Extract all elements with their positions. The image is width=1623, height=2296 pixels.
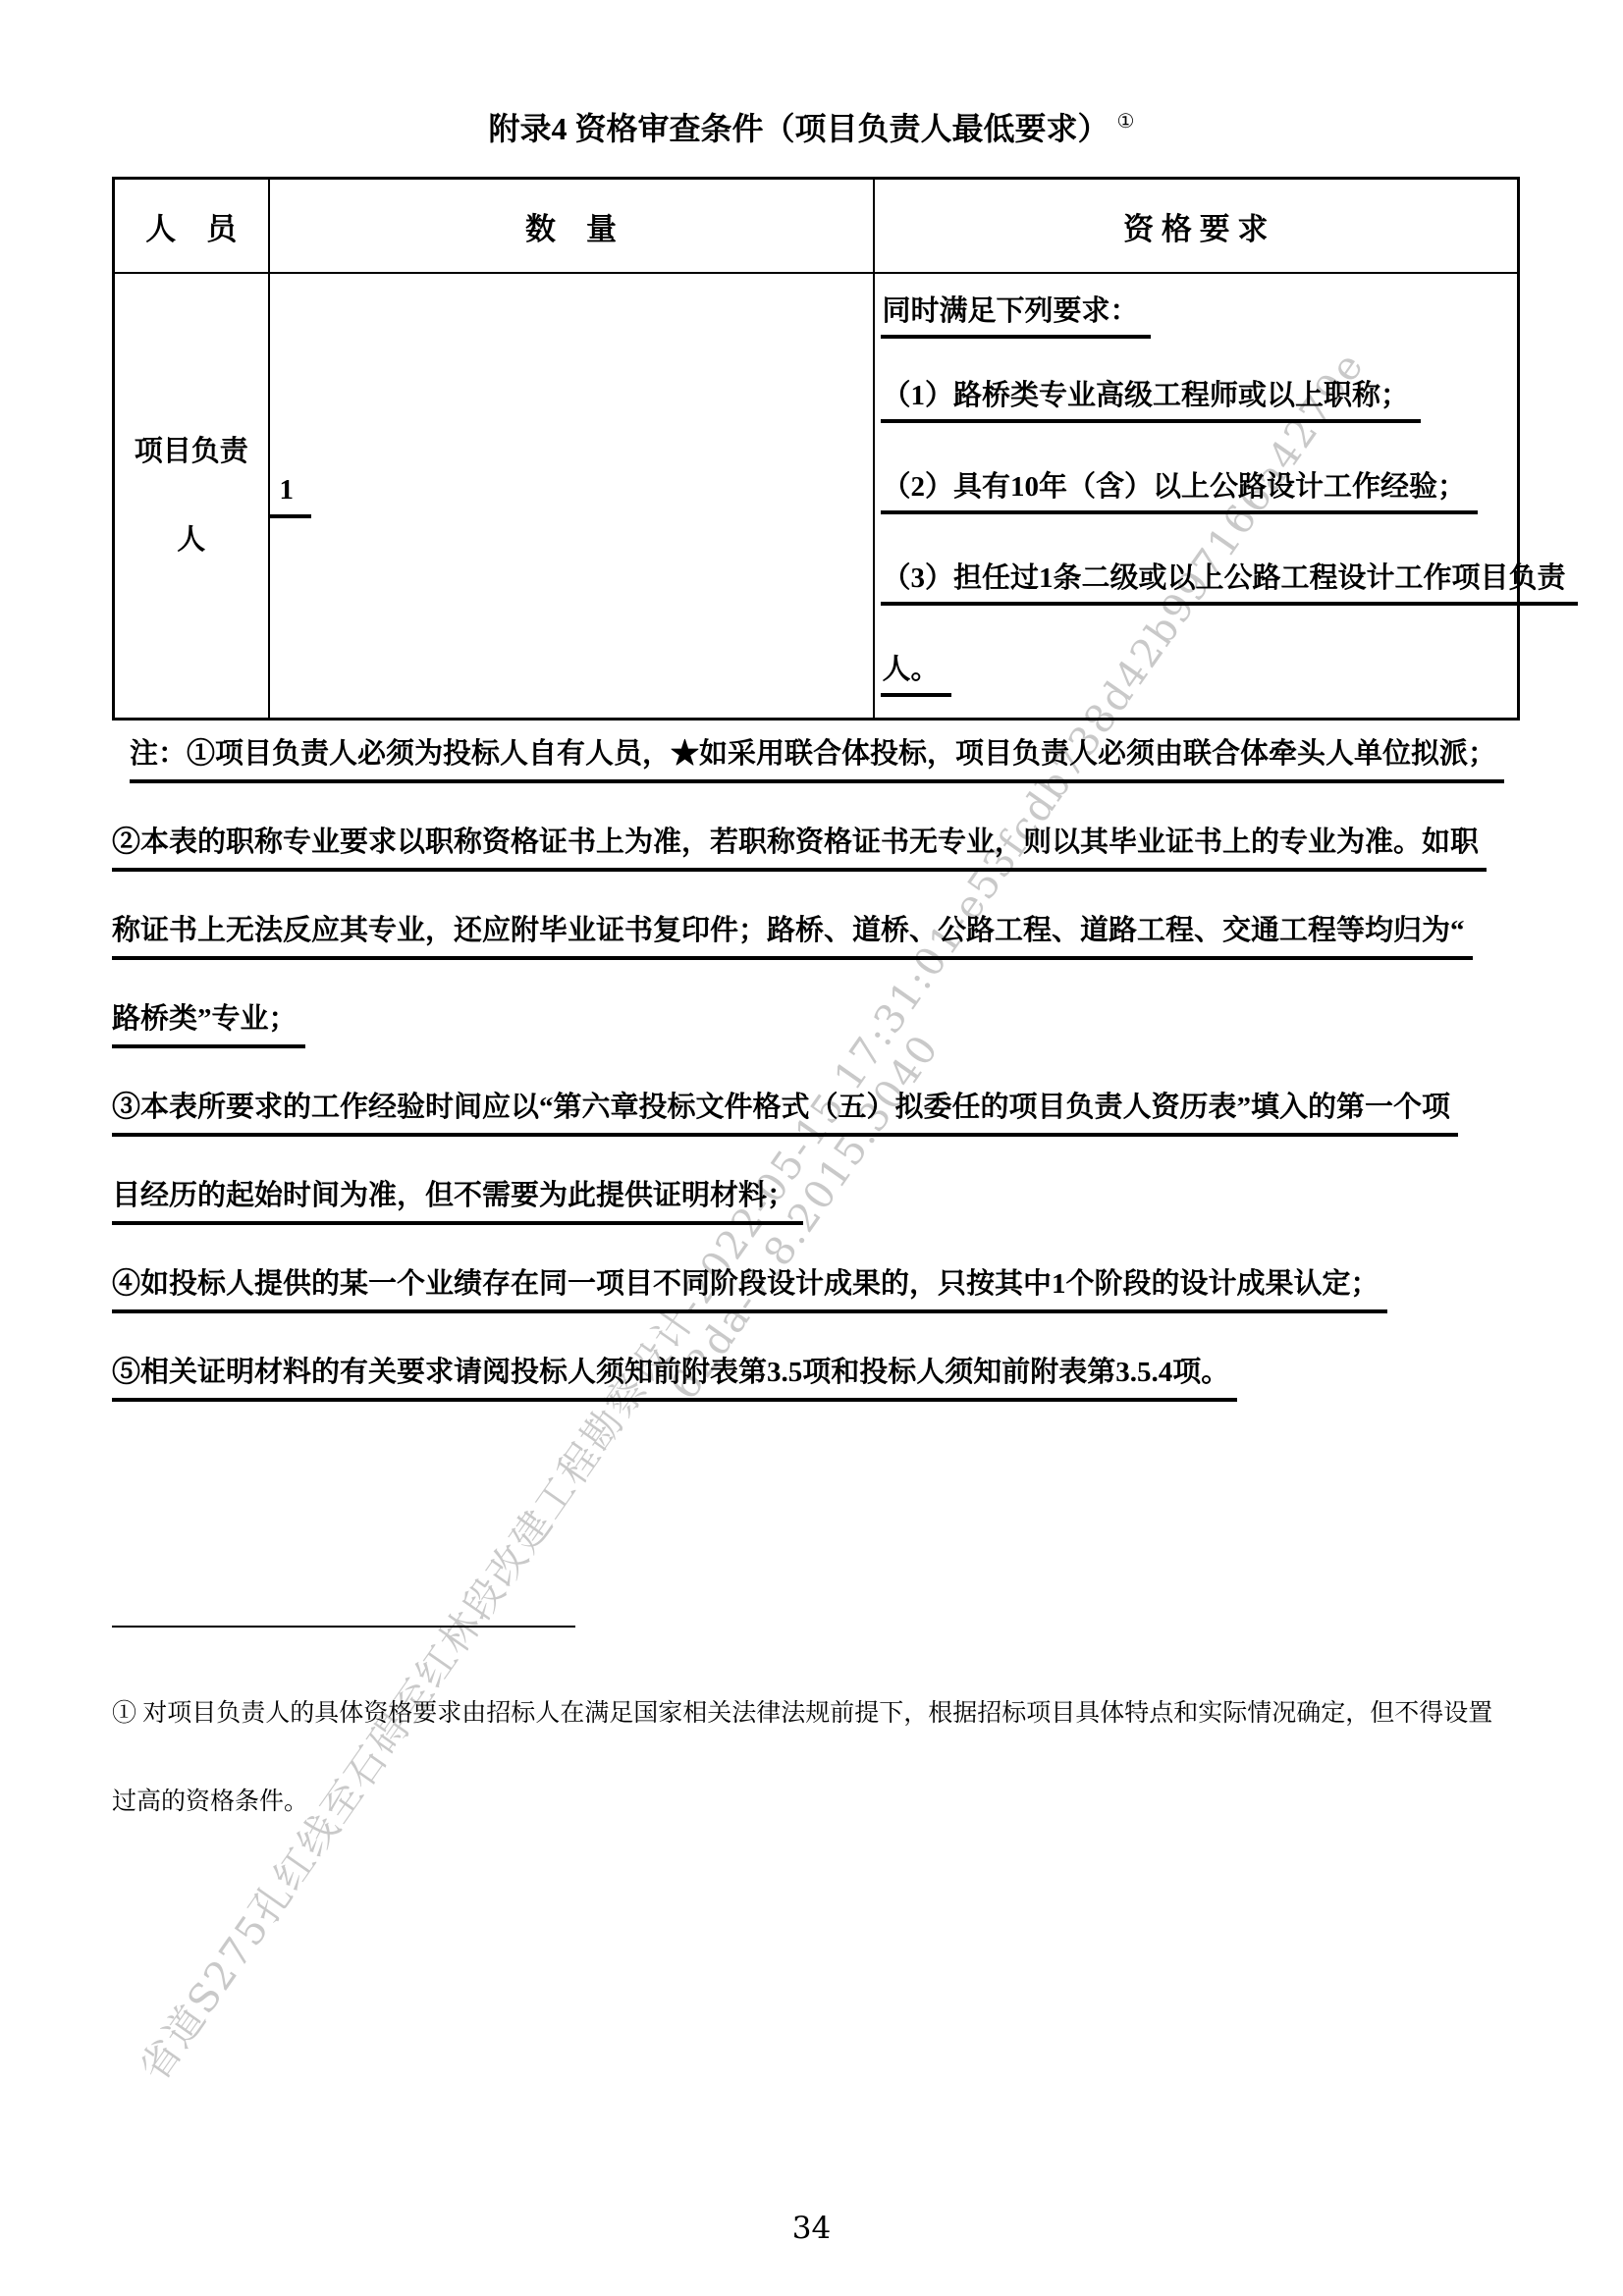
requirement-text: 同时满足下列要求： — [881, 289, 1151, 339]
requirement-line: （3）担任过1条二级或以上公路工程设计工作项目负责 — [881, 535, 1518, 626]
note-line: 路桥类”专业； — [112, 978, 1520, 1066]
title-footnote-ref: ① — [1117, 111, 1135, 133]
person-line-1: 项目负责 — [116, 407, 267, 496]
document-page: 省道S275孔红线至石碍至红林段改建工程勘察设计-2022-05-15 17:3… — [0, 0, 1623, 2296]
qualification-table: 人 员 数 量 资 格 要 求 项目负责 人 1 同时满足下列要求： （1）路桥… — [112, 177, 1520, 721]
note-text: 目经历的起始时间为准，但不需要为此提供证明材料； — [112, 1173, 803, 1225]
requirement-text: （2）具有10年（含）以上公路设计工作经验； — [881, 464, 1479, 514]
note-line: ②本表的职称专业要求以职称资格证书上为准，若职称资格证书无专业，则以其毕业证书上… — [112, 801, 1520, 889]
person-line-2: 人 — [116, 496, 267, 584]
note-line: 称证书上无法反应其专业，还应附毕业证书复印件；路桥、道桥、公路工程、道路工程、交… — [112, 889, 1520, 978]
page-title: 附录4 资格审查条件（项目负责人最低要求）① — [0, 104, 1623, 149]
note-text: ⑤相关证明材料的有关要求请阅投标人须知前附表第3.5项和投标人须知前附表第3.5… — [112, 1350, 1237, 1402]
table-row: 项目负责 人 1 同时满足下列要求： （1）路桥类专业高级工程师或以上职称； （… — [114, 273, 1519, 720]
col-header-requirements: 资 格 要 求 — [874, 179, 1519, 274]
requirement-text: 人。 — [881, 647, 951, 697]
requirement-line: （1）路桥类专业高级工程师或以上职称； — [881, 352, 1518, 444]
note-text: 称证书上无法反应其专业，还应附毕业证书复印件；路桥、道桥、公路工程、道路工程、交… — [112, 908, 1473, 960]
quantity-value: 1 — [270, 474, 312, 518]
cell-person: 项目负责 人 — [114, 273, 269, 720]
requirement-text: （3）担任过1条二级或以上公路工程设计工作项目负责 — [881, 556, 1578, 606]
cell-quantity: 1 — [269, 273, 874, 720]
cell-requirements: 同时满足下列要求： （1）路桥类专业高级工程师或以上职称； （2）具有10年（含… — [874, 273, 1519, 720]
note-line: ⑤相关证明材料的有关要求请阅投标人须知前附表第3.5项和投标人须知前附表第3.5… — [112, 1331, 1520, 1419]
note-text: 路桥类”专业； — [112, 996, 305, 1048]
note-text: 注：①项目负责人必须为投标人自有人员，★如采用联合体投标，项目负责人必须由联合体… — [130, 731, 1504, 783]
note-line: ④如投标人提供的某一个业绩存在同一项目不同阶段设计成果的，只按其中1个阶段的设计… — [112, 1243, 1520, 1331]
requirement-text: （1）路桥类专业高级工程师或以上职称； — [881, 373, 1422, 423]
title-text: 附录4 资格审查条件（项目负责人最低要求） — [489, 111, 1109, 146]
page-number: 34 — [0, 2211, 1623, 2246]
note-line: 目经历的起始时间为准，但不需要为此提供证明材料； — [112, 1154, 1520, 1243]
table-header-row: 人 员 数 量 资 格 要 求 — [114, 179, 1519, 274]
requirement-line: 人。 — [881, 626, 1518, 718]
footnote-line: ① 对项目负责人的具体资格要求由招标人在满足国家相关法律法规前提下，根据招标项目… — [112, 1667, 1565, 1755]
requirement-line: （2）具有10年（含）以上公路设计工作经验； — [881, 444, 1518, 535]
col-header-person: 人 员 — [114, 179, 269, 274]
requirement-line: 同时满足下列要求： — [881, 274, 1518, 352]
note-text: ②本表的职称专业要求以职称资格证书上为准，若职称资格证书无专业，则以其毕业证书上… — [112, 820, 1487, 872]
footnote-separator — [112, 1626, 575, 1628]
note-text: ④如投标人提供的某一个业绩存在同一项目不同阶段设计成果的，只按其中1个阶段的设计… — [112, 1261, 1387, 1313]
col-header-quantity: 数 量 — [269, 179, 874, 274]
note-text: ③本表所要求的工作经验时间应以“第六章投标文件格式（五）拟委任的项目负责人资历表… — [112, 1085, 1458, 1137]
footnote-section: ① 对项目负责人的具体资格要求由招标人在满足国家相关法律法规前提下，根据招标项目… — [112, 1667, 1565, 1843]
notes-section: 注：①项目负责人必须为投标人自有人员，★如采用联合体投标，项目负责人必须由联合体… — [112, 713, 1520, 1419]
note-line: 注：①项目负责人必须为投标人自有人员，★如采用联合体投标，项目负责人必须由联合体… — [112, 713, 1520, 801]
note-line: ③本表所要求的工作经验时间应以“第六章投标文件格式（五）拟委任的项目负责人资历表… — [112, 1066, 1520, 1154]
footnote-line: 过高的资格条件。 — [112, 1755, 1565, 1843]
